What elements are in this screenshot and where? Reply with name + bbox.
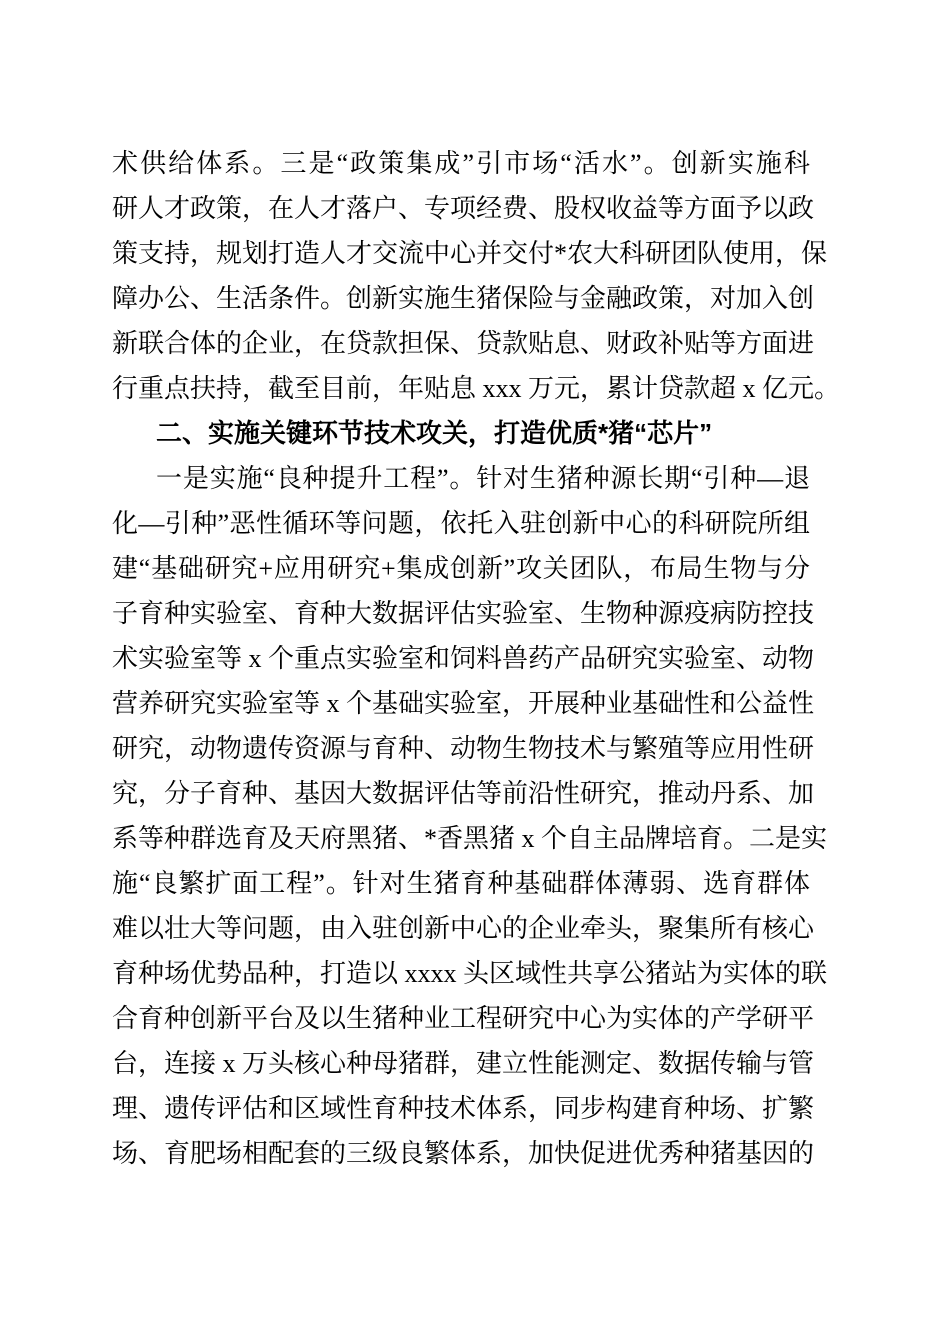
text-line: 台，连接 x 万头核心种母猪群，建立性能测定、数据传输与管 (112, 1041, 810, 1086)
text-line: 育种场优势品种，打造以 xxxx 头区域性共享公猪站为实体的联 (112, 951, 810, 996)
text-line: 系等种群选育及天府黑猪、*香黑猪 x 个自主品牌培育。二是实 (112, 816, 810, 861)
text-line: 理、遗传评估和区域性育种技术体系，同步构建育种场、扩繁 (112, 1086, 810, 1131)
text-line: 难以壮大等问题，由入驻创新中心的企业牵头，聚集所有核心 (112, 906, 810, 951)
paragraph-policy: 术供给体系。三是“政策集成”引市场“活水”。创新实施科 研人才政策，在人才落户、… (112, 141, 810, 411)
text-line: 策支持，规划打造人才交流中心并交付*农大科研团队使用，保 (112, 231, 810, 276)
text-block: 术供给体系。三是“政策集成”引市场“活水”。创新实施科 研人才政策，在人才落户、… (112, 141, 810, 1176)
text-line: 新联合体的企业，在贷款担保、贷款贴息、财政补贴等方面进 (112, 321, 810, 366)
text-line: 合育种创新平台及以生猪种业工程研究中心为实体的产学研平 (112, 996, 810, 1041)
text-line: 障办公、生活条件。创新实施生猪保险与金融政策，对加入创 (112, 276, 810, 321)
text-line: 化—引种”恶性循环等问题，依托入驻创新中心的科研院所组 (112, 501, 810, 546)
paragraph-breeding: 一是实施“良种提升工程”。针对生猪种源长期“引种—退 化—引种”恶性循环等问题，… (112, 456, 810, 1176)
document-page: 术供给体系。三是“政策集成”引市场“活水”。创新实施科 研人才政策，在人才落户、… (0, 0, 950, 1344)
section-heading: 二、实施关键环节技术攻关，打造优质*猪“芯片” (112, 411, 810, 456)
text-line: 营养研究实验室等 x 个基础实验室，开展种业基础性和公益性 (112, 681, 810, 726)
text-line: 术实验室等 x 个重点实验室和饲料兽药产品研究实验室、动物 (112, 636, 810, 681)
text-line: 究，分子育种、基因大数据评估等前沿性研究，推动丹系、加 (112, 771, 810, 816)
text-line: 术供给体系。三是“政策集成”引市场“活水”。创新实施科 (112, 141, 810, 186)
text-line: 场、育肥场相配套的三级良繁体系，加快促进优秀种猪基因的 (112, 1131, 810, 1176)
text-line: 施“良繁扩面工程”。针对生猪育种基础群体薄弱、选育群体 (112, 861, 810, 906)
text-line: 子育种实验室、育种大数据评估实验室、生物种源疫病防控技 (112, 591, 810, 636)
text-line: 行重点扶持，截至目前，年贴息 xxx 万元，累计贷款超 x 亿元。 (112, 366, 810, 411)
text-line: 研人才政策，在人才落户、专项经费、股权收益等方面予以政 (112, 186, 810, 231)
text-line: 研究，动物遗传资源与育种、动物生物技术与繁殖等应用性研 (112, 726, 810, 771)
text-line: 一是实施“良种提升工程”。针对生猪种源长期“引种—退 (112, 456, 810, 501)
text-line: 建“基础研究+应用研究+集成创新”攻关团队，布局生物与分 (112, 546, 810, 591)
